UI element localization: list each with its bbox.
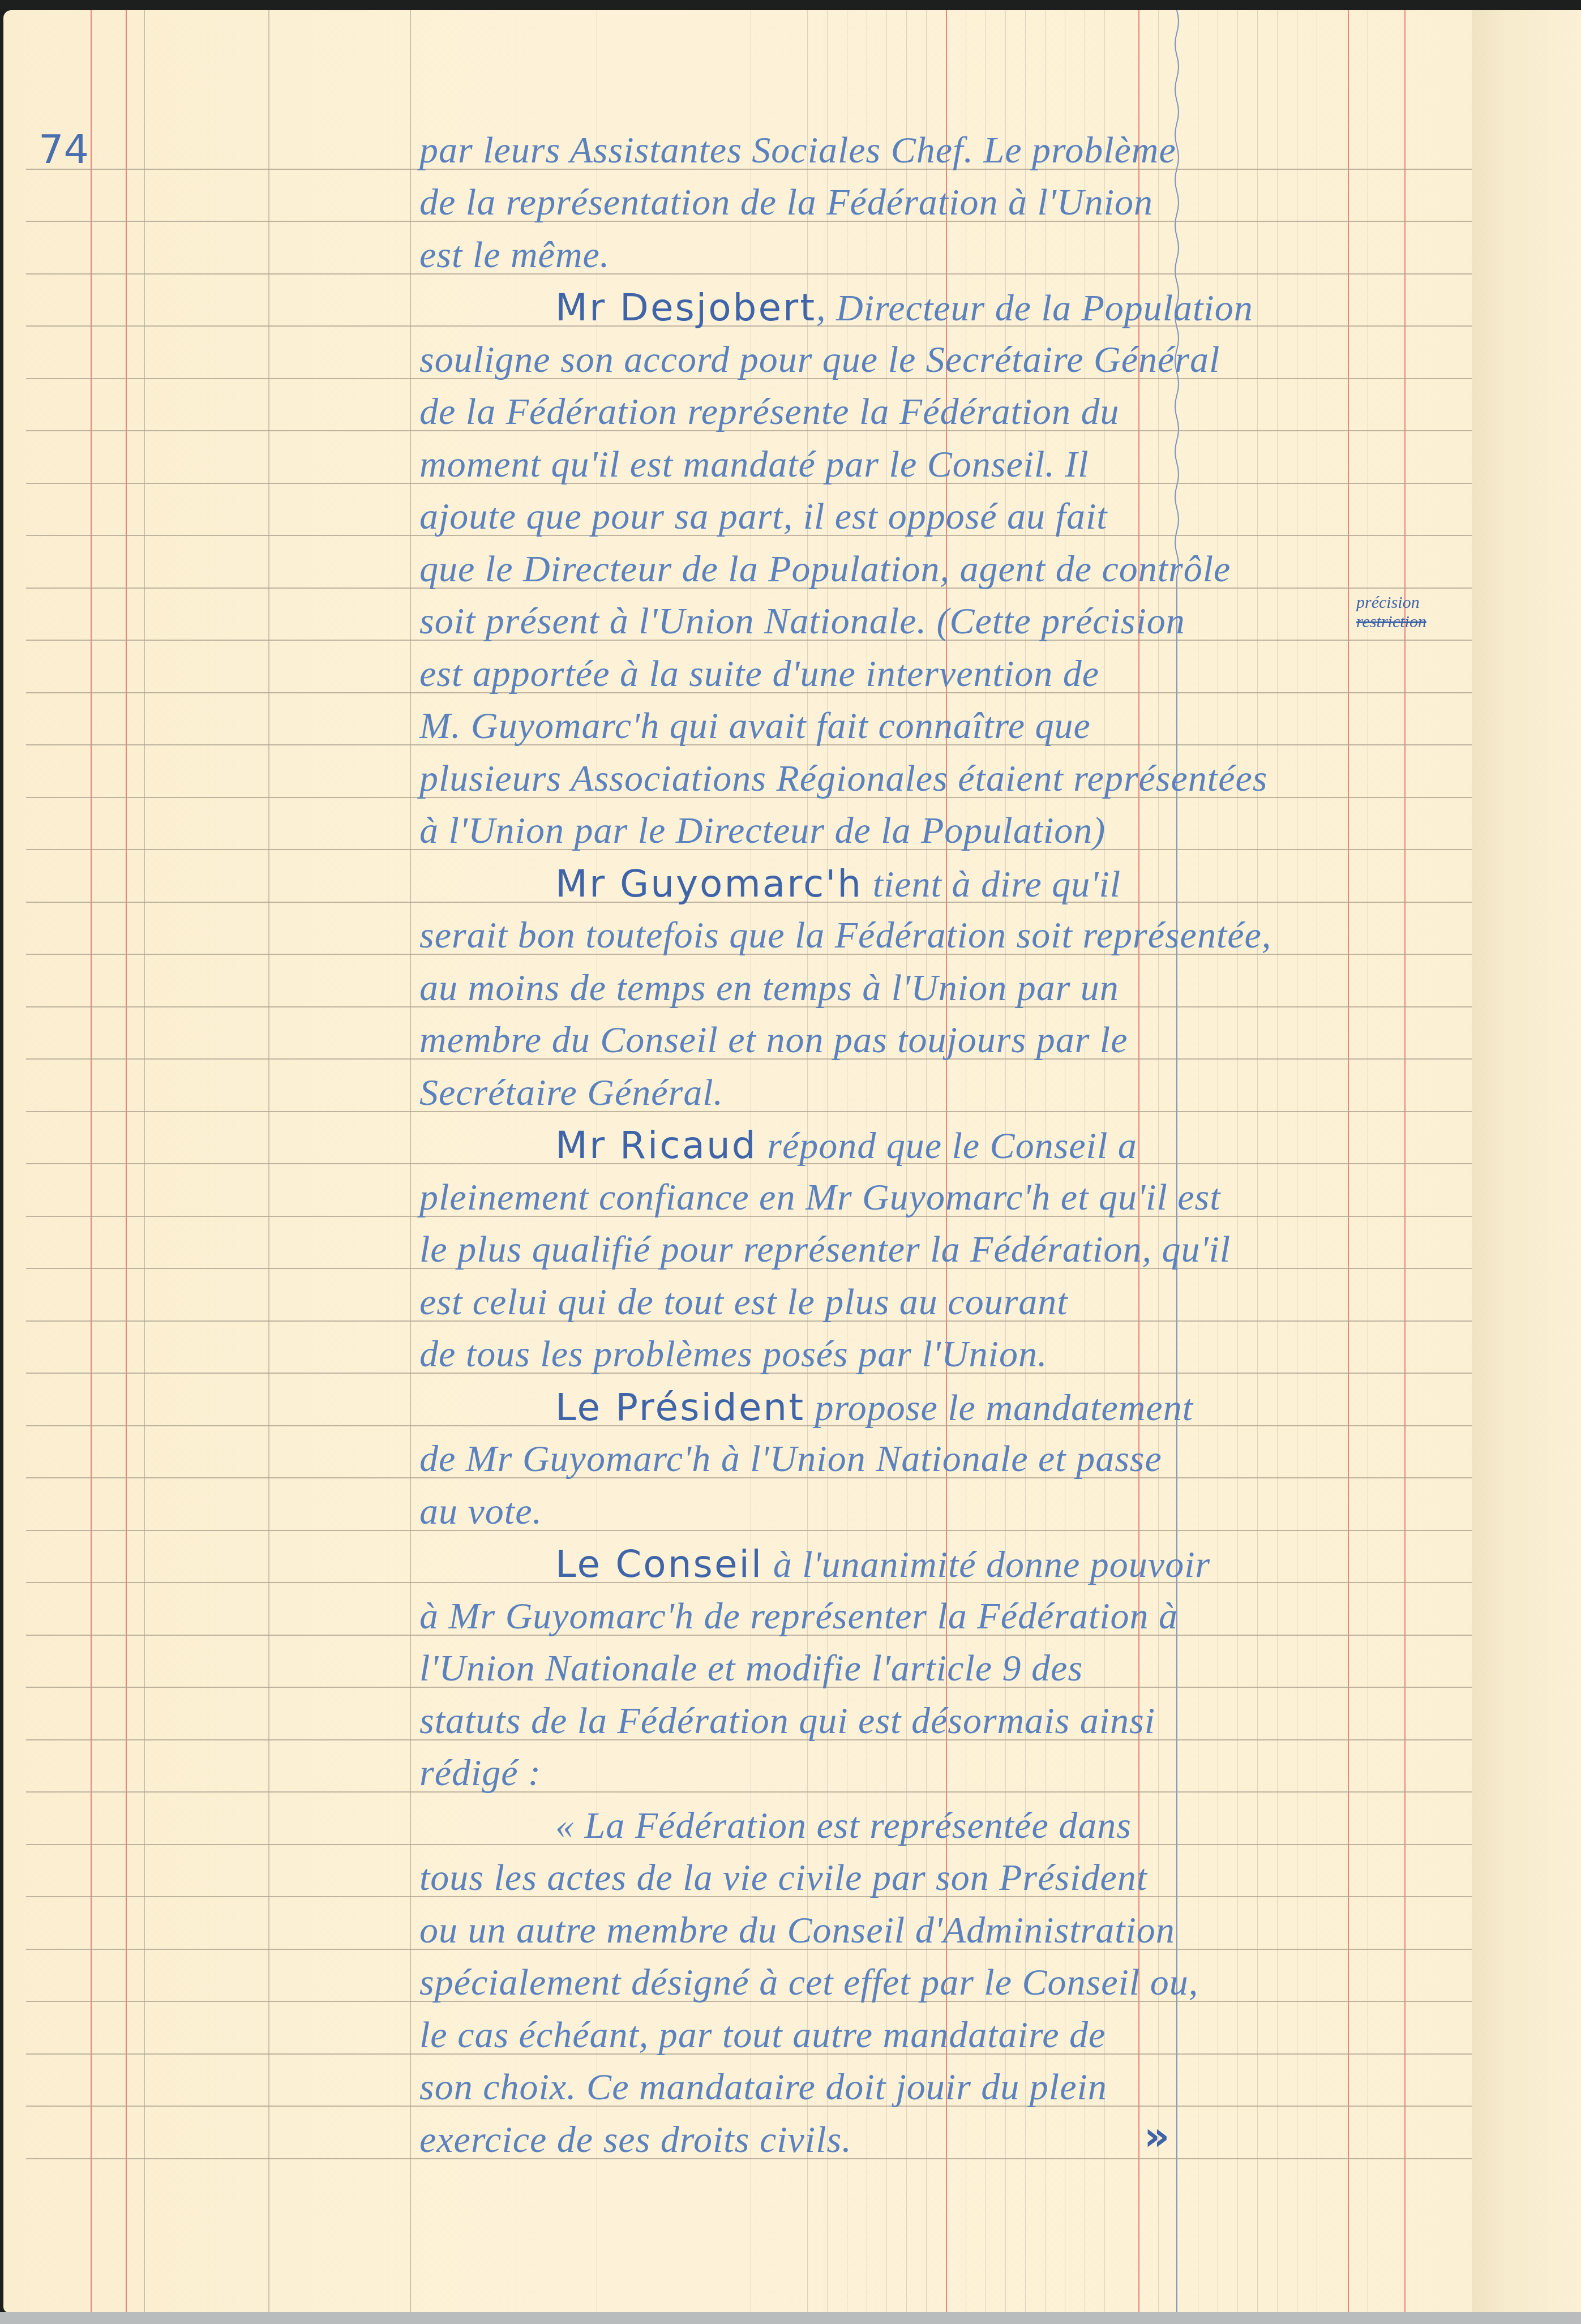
line-text: propose le mandatement: [805, 1387, 1193, 1429]
ledger-page: 74 par leurs Assistantes Sociales Chef. …: [3, 10, 1475, 2313]
speaker-name: Mr Guyomarc'h: [555, 862, 863, 906]
column-rule: [268, 10, 269, 2313]
speaker-name: Mr Ricaud: [555, 1124, 757, 1167]
scan-background: [0, 2312, 1581, 2324]
page-number: 74: [38, 126, 89, 173]
interlinear-correction: précision restriction: [1356, 593, 1426, 632]
margin-rule-red: [91, 10, 92, 2313]
struck-word: restriction: [1356, 612, 1426, 632]
line-text: répond que le Conseil a: [757, 1125, 1137, 1167]
margin-rule-gray: [144, 10, 145, 2313]
speaker-name: Le Conseil: [555, 1542, 763, 1586]
correction-word: précision: [1356, 593, 1420, 612]
line-text: à l'unanimité donne pouvoir: [763, 1544, 1210, 1585]
speaker-name: Mr Desjobert: [555, 286, 816, 329]
column-rule: [410, 10, 411, 2313]
text-line: exercice de ses droits civils.: [419, 2119, 1455, 2186]
margin-rule-red: [126, 10, 127, 2313]
line-text: , Directeur de la Population: [816, 288, 1253, 329]
closing-quote-mark: »: [1144, 2113, 1169, 2159]
adjacent-page-edge: [1472, 10, 1581, 2313]
line-text: tient à dire qu'il: [863, 864, 1121, 905]
speaker-name: Le Président: [555, 1386, 805, 1429]
